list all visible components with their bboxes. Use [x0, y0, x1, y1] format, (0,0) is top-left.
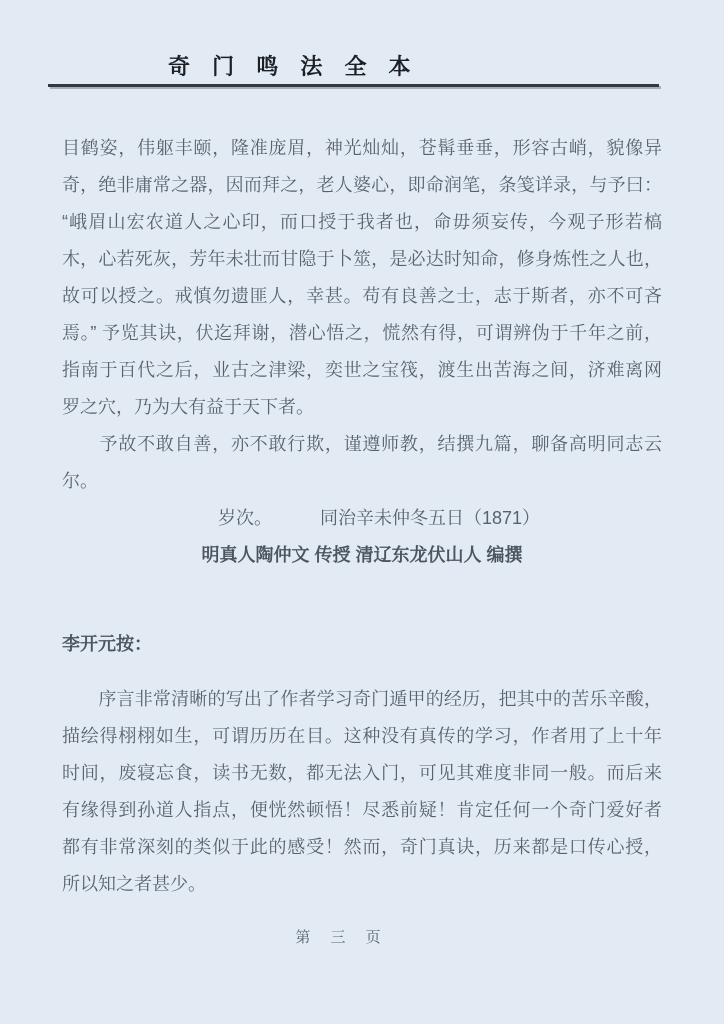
text-line: 罗之穴，乃为大有益于天下者。	[62, 389, 662, 426]
text-line: 予故不敢自善，亦不敢行欺，谨遵师教，结撰九篇，聊备高明同志云	[62, 426, 662, 463]
text-line: 目鹤姿，伟躯丰颐，隆准庞眉，神光灿灿，苍髯垂垂，形容古峭，貌像异	[62, 130, 662, 167]
text-line: 故可以授之。戒慎勿遗匪人，幸甚。苟有良善之士，志于斯者，亦不可吝	[62, 278, 662, 315]
document-page: 奇 门 鸣 法 全 本 目鹤姿，伟躯丰颐，隆准庞眉，神光灿灿，苍髯垂垂，形容古峭…	[0, 0, 724, 1024]
date-line: 岁次。同治辛未仲冬五日（1871）	[62, 500, 662, 537]
text-line: 木，心若死灰，芳年未壮而甘隐于卜筮，是必达时知命，修身炼性之人也，	[62, 241, 662, 278]
text-line: 序言非常清晰的写出了作者学习奇门遁甲的经历，把其中的苦乐辛酸，	[62, 681, 662, 718]
text-line: “峨眉山宏农道人之心印，而口授于我者也，命毋须妄传，今观子形若槁	[62, 204, 662, 241]
text-line: 有缘得到孙道人指点，便恍然顿悟！尽悉前疑！肯定任何一个奇门爱好者	[62, 792, 662, 829]
commentary-paragraph: 序言非常清晰的写出了作者学习奇门遁甲的经历，把其中的苦乐辛酸，描绘得栩栩如生，可…	[62, 681, 662, 903]
date-value: 同治辛未仲冬五日（1871）	[320, 508, 540, 528]
text-line: 奇，绝非庸常之器，因而拜之，老人婆心，即命润笔，条笺详录，与予曰：	[62, 167, 662, 204]
section-spacer	[62, 574, 662, 626]
text-line: 都有非常深刻的类似于此的感受！然而，奇门真诀，历来都是口传心授，	[62, 829, 662, 866]
paragraph-spacer	[62, 663, 662, 681]
text-line: 时间，废寝忘食，读书无数，都无法入门，可见其难度非同一般。而后来	[62, 755, 662, 792]
text-line: 焉。” 予览其诀，伏迄拜谢，潜心悟之，慌然有得，可谓辨伪于千年之前，	[62, 315, 662, 352]
text-line: 指南于百代之后，业古之津梁，奕世之宝筏，渡生出苦海之间，济难离网	[62, 352, 662, 389]
commentary-heading: 李开元按：	[62, 626, 662, 663]
preface-paragraph: 目鹤姿，伟躯丰颐，隆准庞眉，神光灿灿，苍髯垂垂，形容古峭，貌像异奇，绝非庸常之器…	[62, 130, 662, 426]
page-number: 第 三 页	[62, 919, 662, 956]
text-line: 尔。	[62, 463, 662, 500]
closing-paragraph: 予故不敢自善，亦不敢行欺，谨遵师教，结撰九篇，聊备高明同志云尔。	[62, 426, 662, 500]
date-label: 岁次。	[218, 508, 272, 528]
footer-spacer	[62, 903, 662, 919]
text-line: 所以知之者甚少。	[62, 866, 662, 903]
title-rule-divider	[48, 84, 659, 87]
text-line: 描绘得栩栩如生，可谓历历在目。这种没有真传的学习，作者用了上十年	[62, 718, 662, 755]
page-title: 奇 门 鸣 法 全 本	[168, 54, 724, 80]
page-content: 目鹤姿，伟躯丰颐，隆准庞眉，神光灿灿，苍髯垂垂，形容古峭，貌像异奇，绝非庸常之器…	[62, 130, 662, 956]
byline: 明真人陶仲文 传授 清辽东龙伏山人 编撰	[62, 537, 662, 574]
